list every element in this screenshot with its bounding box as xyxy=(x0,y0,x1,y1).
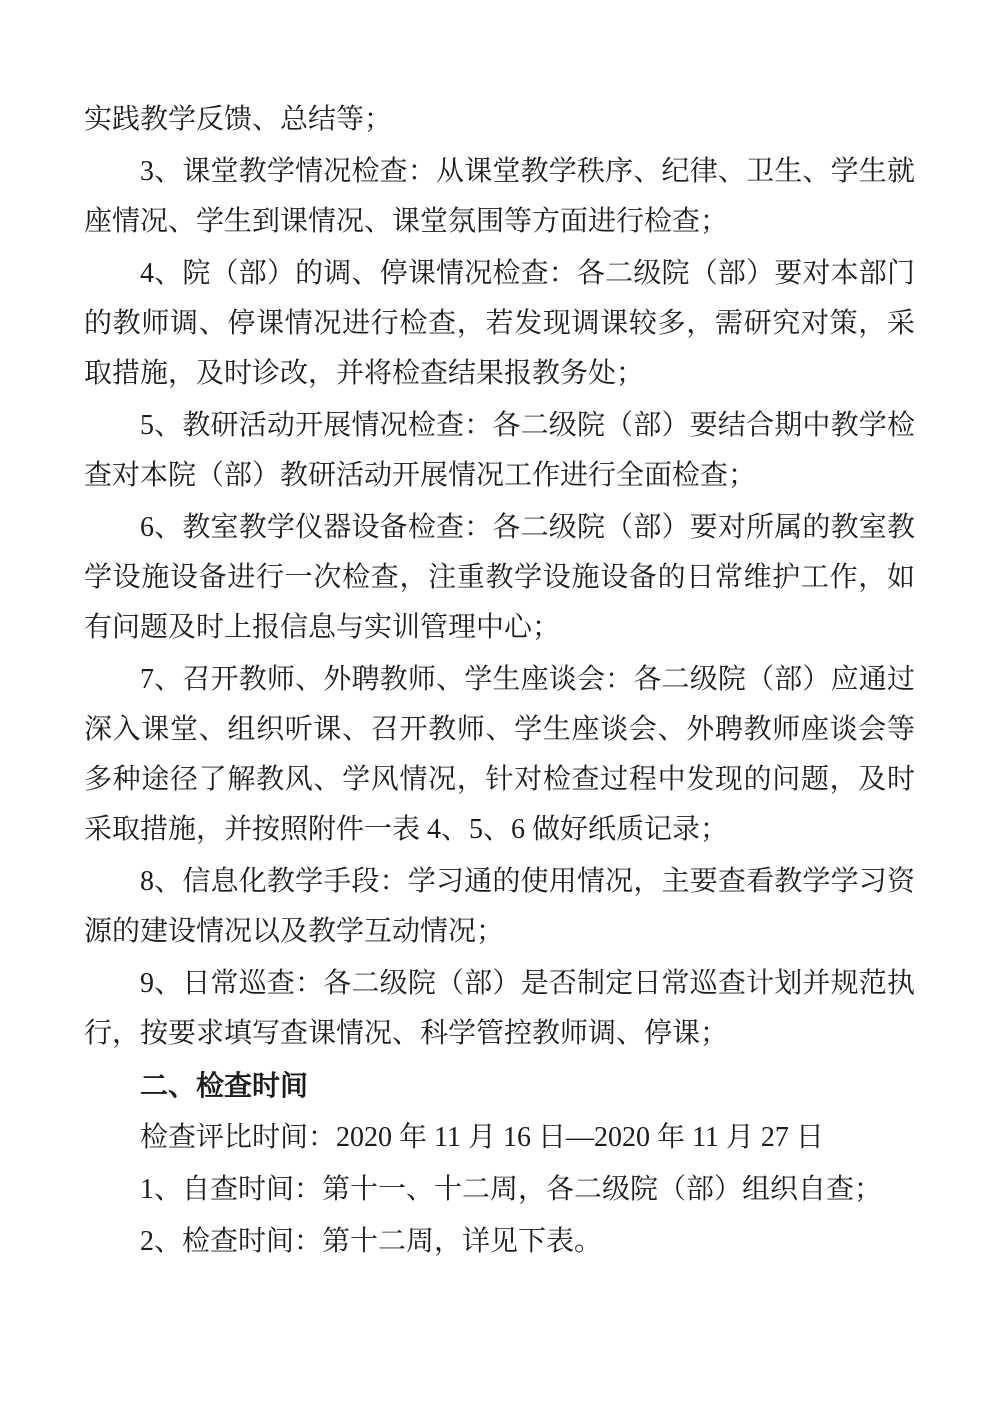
paragraph: 3、课堂教学情况检查：从课堂教学秩序、纪律、卫生、学生就座情况、学生到课情况、课… xyxy=(84,147,915,247)
paragraph: 9、日常巡查：各二级院（部）是否制定日常巡查计划并规范执行，按要求填写查课情况、… xyxy=(84,959,915,1059)
paragraph: 2、检查时间：第十二周，详见下表。 xyxy=(84,1217,915,1267)
document-body: 实践教学反馈、总结等；3、课堂教学情况检查：从课堂教学秩序、纪律、卫生、学生就座… xyxy=(84,95,915,1269)
paragraph: 8、信息化教学手段：学习通的使用情况，主要查看教学学习资源的建设情况以及教学互动… xyxy=(84,857,915,957)
paragraph: 检查评比时间：2020 年 11 月 16 日—2020 年 11 月 27 日 xyxy=(84,1113,915,1163)
paragraph: 4、院（部）的调、停课情况检查：各二级院（部）要对本部门的教师调、停课情况进行检… xyxy=(84,249,915,399)
paragraph: 7、召开教师、外聘教师、学生座谈会：各二级院（部）应通过深入课堂、组织听课、召开… xyxy=(84,655,915,855)
paragraph: 1、自查时间：第十一、十二周，各二级院（部）组织自查； xyxy=(84,1165,915,1215)
paragraph: 5、教研活动开展情况检查：各二级院（部）要结合期中教学检查对本院（部）教研活动开… xyxy=(84,401,915,501)
paragraph: 实践教学反馈、总结等； xyxy=(84,95,915,145)
document-page: 实践教学反馈、总结等；3、课堂教学情况检查：从课堂教学秩序、纪律、卫生、学生就座… xyxy=(0,0,992,1403)
section-heading: 二、检查时间 xyxy=(84,1061,915,1111)
paragraph: 6、教室教学仪器设备检查：各二级院（部）要对所属的教室教学设施设备进行一次检查，… xyxy=(84,503,915,653)
